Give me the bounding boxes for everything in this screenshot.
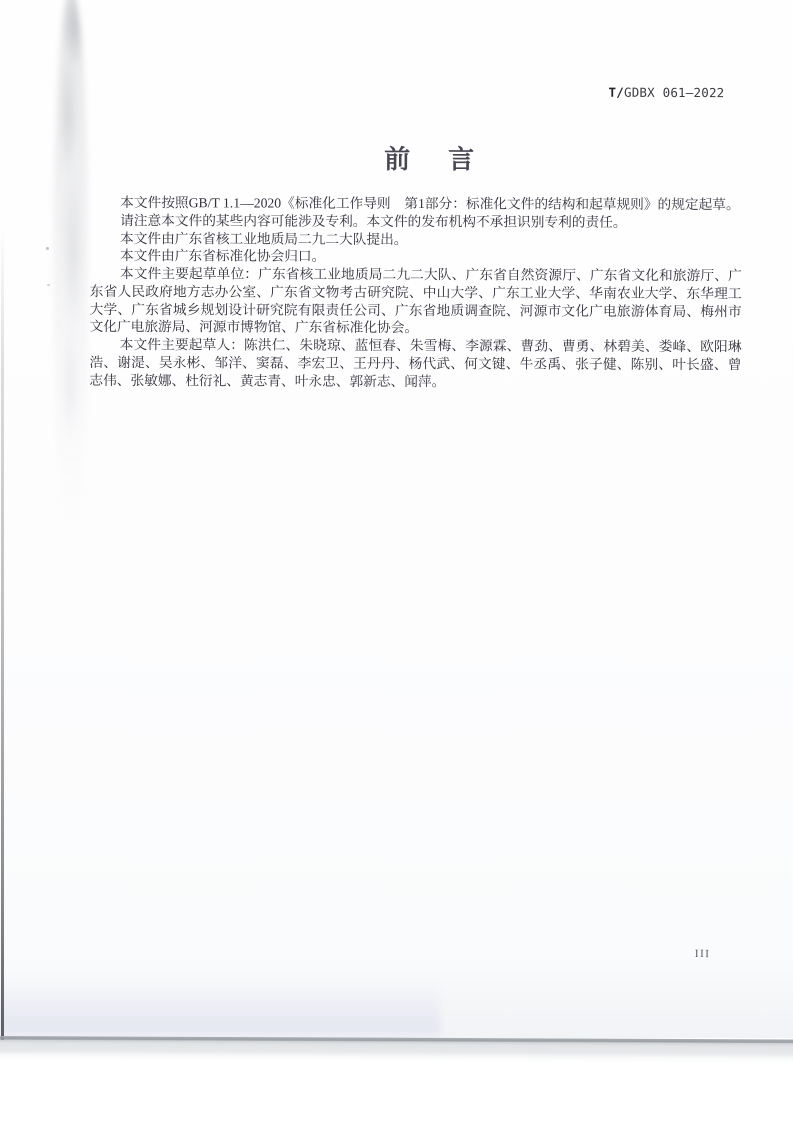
page-number: III <box>695 948 711 960</box>
foreword-paragraph: 本文件主要起草人：陈洪仁、朱晓琼、蓝恒春、朱雪梅、李源霖、曹劲、曹勇、林碧美、娄… <box>89 336 741 392</box>
foreword-body: 本文件按照GB/T 1.1—2020《标准化工作导则 第1部分：标准化文件的结构… <box>89 194 742 392</box>
page-title: 前 言 <box>384 139 480 176</box>
foreword-paragraph: 本文件由广东省核工业地质局二九二大队提出。 <box>90 229 742 249</box>
foreword-paragraph: 请注意本文件的某些内容可能涉及专利。本文件的发布机构不承担识别专利的责任。 <box>90 212 742 232</box>
foreword-paragraph: 本文件按照GB/T 1.1—2020《标准化工作导则 第1部分：标准化文件的结构… <box>90 194 742 214</box>
foreword-paragraph: 本文件主要起草单位：广东省核工业地质局二九二大队、广东省自然资源厅、广东省文化和… <box>90 265 742 338</box>
standard-code-header: T/GDBX 061—2022 <box>609 85 725 100</box>
foreword-paragraph: 本文件由广东省标准化协会归口。 <box>90 247 742 267</box>
page-content: T/GDBX 061—2022 前 言 本文件按照GB/T 1.1—2020《标… <box>0 0 793 1121</box>
